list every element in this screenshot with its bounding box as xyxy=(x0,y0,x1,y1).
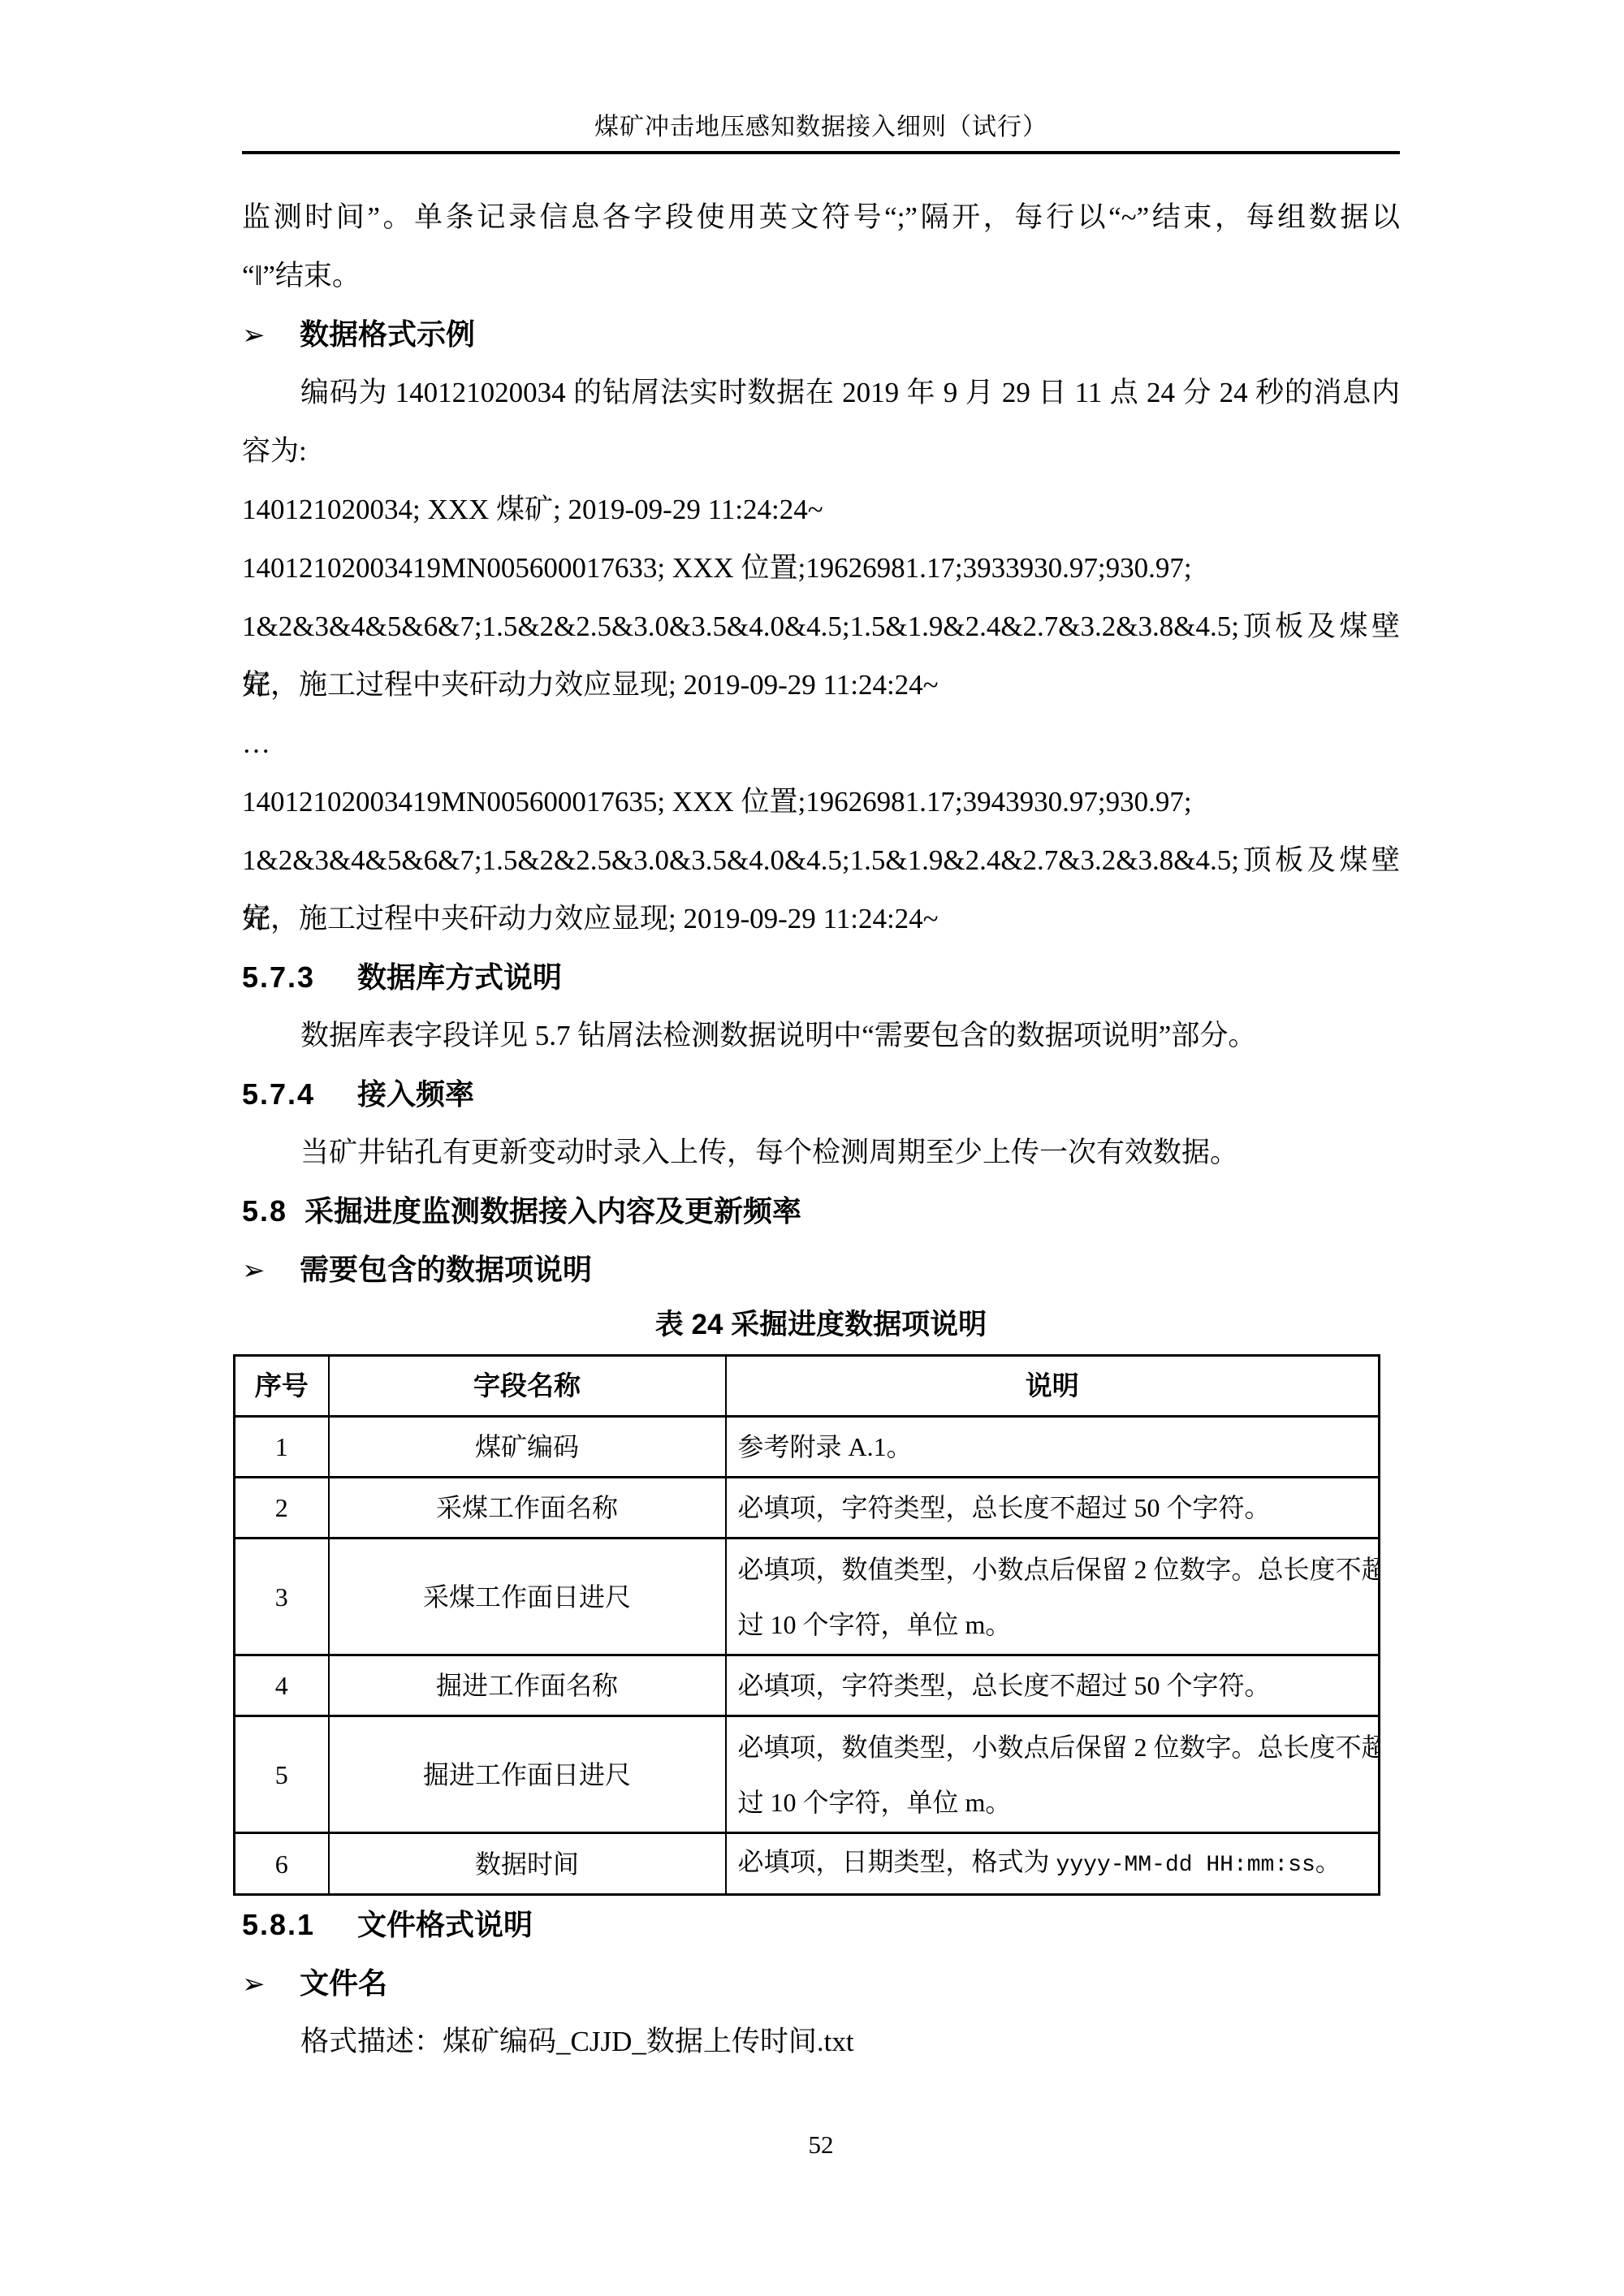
table-cell-no: 6 xyxy=(235,1833,329,1895)
paragraph-line: 当矿井钻孔有更新变动时录入上传，每个检测周期至少上传一次有效数据。 xyxy=(242,1124,1400,1182)
table-header-row: 序号 字段名称 说明 xyxy=(235,1356,1380,1417)
table-cell-no: 4 xyxy=(235,1655,329,1716)
table-caption: 表 24 采掘进度数据项说明 xyxy=(242,1299,1400,1354)
bullet-label: 文件名 xyxy=(300,1966,387,2000)
paragraph-line: 格式描述：煤矿编码_CJJD_数据上传时间.txt xyxy=(242,2013,1400,2071)
table-cell-desc: 参考附录 A.1。 xyxy=(726,1417,1380,1478)
table-header-cell: 序号 xyxy=(235,1356,329,1417)
section-title: 接入频率 xyxy=(357,1077,474,1111)
table-cell-name: 掘进工作面日进尺 xyxy=(329,1716,726,1833)
section-number: 5.8 xyxy=(242,1182,304,1241)
paragraph-line: 容为: xyxy=(242,422,1400,481)
section-title: 文件格式说明 xyxy=(357,1908,533,1941)
table-row: 6 数据时间 必填项，日期类型，格式为 yyyy-MM-dd HH:mm:ss。 xyxy=(235,1833,1380,1895)
table-cell-desc: 必填项，日期类型，格式为 yyyy-MM-dd HH:mm:ss。 xyxy=(726,1833,1380,1895)
section-title: 采掘进度监测数据接入内容及更新频率 xyxy=(304,1194,801,1228)
table-cell-name: 掘进工作面名称 xyxy=(329,1655,726,1716)
section-title: 数据库方式说明 xyxy=(357,960,562,994)
desc-text: 。 xyxy=(1315,1847,1341,1876)
table-row: 2 采煤工作面名称 必填项，字符类型，总长度不超过 50 个字符。 xyxy=(235,1478,1380,1539)
table-cell-name: 数据时间 xyxy=(329,1833,726,1895)
data-items-table: 序号 字段名称 说明 1 煤矿编码 参考附录 A.1。 2 采煤工作面名称 必填… xyxy=(233,1354,1380,1896)
desc-line: 过 10 个字符，单位 m。 xyxy=(738,1775,1372,1830)
page-number: 52 xyxy=(242,2116,1400,2174)
table-row: 5 掘进工作面日进尺 必填项，数值类型，小数点后保留 2 位数字。总长度不超 过… xyxy=(235,1716,1380,1833)
arrow-bullet-icon: ➢ xyxy=(242,1241,300,1300)
section-heading-5-8-1: 5.8.1文件格式说明 xyxy=(242,1896,1400,1954)
data-example-line: 1&2&3&4&5&6&7;1.5&2&2.5&3.0&3.5&4.0&4.5;… xyxy=(242,831,1400,890)
data-example-line: 好，施工过程中夹矸动力效应显现; 2019-09-29 11:24:24~ xyxy=(242,890,1400,948)
bullet-item-example: ➢数据格式示例 xyxy=(242,305,1400,364)
desc-text: 必填项，日期类型，格式为 xyxy=(738,1847,1056,1876)
paragraph-line: 监测时间”。单条记录信息各字段使用英文符号“;”隔开，每行以“~”结束，每组数据… xyxy=(242,188,1400,247)
table-row: 4 掘进工作面名称 必填项，字符类型，总长度不超过 50 个字符。 xyxy=(235,1655,1380,1716)
bullet-item-data-items: ➢需要包含的数据项说明 xyxy=(242,1241,1400,1299)
data-example-ellipsis: … xyxy=(242,714,1400,773)
table-header-cell: 说明 xyxy=(726,1356,1380,1417)
table-cell-name: 采煤工作面日进尺 xyxy=(329,1539,726,1655)
arrow-bullet-icon: ➢ xyxy=(242,1955,300,2013)
bullet-label: 数据格式示例 xyxy=(300,317,475,351)
table-cell-name: 煤矿编码 xyxy=(329,1417,726,1478)
table-cell-name: 采煤工作面名称 xyxy=(329,1478,726,1539)
data-example-line: 14012102003419MN005600017633; XXX 位置;196… xyxy=(242,539,1400,598)
page-header-title: 煤矿冲击地压感知数据接入细则（试行） xyxy=(242,111,1400,144)
desc-line: 过 10 个字符，单位 m。 xyxy=(738,1597,1372,1652)
data-example-line: 14012102003419MN005600017635; XXX 位置;196… xyxy=(242,773,1400,831)
section-number: 5.7.4 xyxy=(242,1065,357,1124)
table-cell-desc: 必填项，字符类型，总长度不超过 50 个字符。 xyxy=(726,1478,1380,1539)
table-row: 1 煤矿编码 参考附录 A.1。 xyxy=(235,1417,1380,1478)
document-body: 监测时间”。单条记录信息各字段使用英文符号“;”隔开，每行以“~”结束，每组数据… xyxy=(242,188,1400,2071)
table-cell-no: 3 xyxy=(235,1539,329,1655)
arrow-bullet-icon: ➢ xyxy=(242,306,300,365)
section-heading-5-7-3: 5.7.3数据库方式说明 xyxy=(242,948,1400,1007)
paragraph-line: “‖”结束。 xyxy=(242,247,1400,305)
table-row: 3 采煤工作面日进尺 必填项，数值类型，小数点后保留 2 位数字。总长度不超 过… xyxy=(235,1539,1380,1655)
data-example-line: 140121020034; XXX 煤矿; 2019-09-29 11:24:2… xyxy=(242,481,1400,539)
paragraph-line: 数据库表字段详见 5.7 钻屑法检测数据说明中“需要包含的数据项说明”部分。 xyxy=(242,1007,1400,1065)
table-cell-no: 1 xyxy=(235,1417,329,1478)
table-cell-desc: 必填项，字符类型，总长度不超过 50 个字符。 xyxy=(726,1655,1380,1716)
data-example-line: 1&2&3&4&5&6&7;1.5&2&2.5&3.0&3.5&4.0&4.5;… xyxy=(242,598,1400,656)
desc-line: 必填项，数值类型，小数点后保留 2 位数字。总长度不超 xyxy=(738,1542,1372,1597)
table-cell-no: 5 xyxy=(235,1716,329,1833)
page-header-rule xyxy=(242,151,1400,154)
section-number: 5.8.1 xyxy=(242,1896,357,1954)
table-header-cell: 字段名称 xyxy=(329,1356,726,1417)
document-page: 煤矿冲击地压感知数据接入细则（试行） 监测时间”。单条记录信息各字段使用英文符号… xyxy=(0,0,1624,2296)
section-heading-5-7-4: 5.7.4接入频率 xyxy=(242,1065,1400,1124)
bullet-item-filename: ➢文件名 xyxy=(242,1954,1400,2013)
bullet-label: 需要包含的数据项说明 xyxy=(300,1253,592,1286)
data-example-line: 好，施工过程中夹矸动力效应显现; 2019-09-29 11:24:24~ xyxy=(242,656,1400,714)
table-cell-desc: 必填项，数值类型，小数点后保留 2 位数字。总长度不超 过 10 个字符，单位 … xyxy=(726,1716,1380,1833)
section-number: 5.7.3 xyxy=(242,948,357,1007)
date-format-code: yyyy-MM-dd HH:mm:ss xyxy=(1056,1853,1315,1878)
table-cell-desc: 必填项，数值类型，小数点后保留 2 位数字。总长度不超 过 10 个字符，单位 … xyxy=(726,1539,1380,1655)
desc-line: 必填项，数值类型，小数点后保留 2 位数字。总长度不超 xyxy=(738,1720,1372,1775)
table-cell-no: 2 xyxy=(235,1478,329,1539)
paragraph-line: 编码为 140121020034 的钻屑法实时数据在 2019 年 9 月 29… xyxy=(242,364,1400,422)
section-heading-5-8: 5.8采掘进度监测数据接入内容及更新频率 xyxy=(242,1182,1400,1241)
